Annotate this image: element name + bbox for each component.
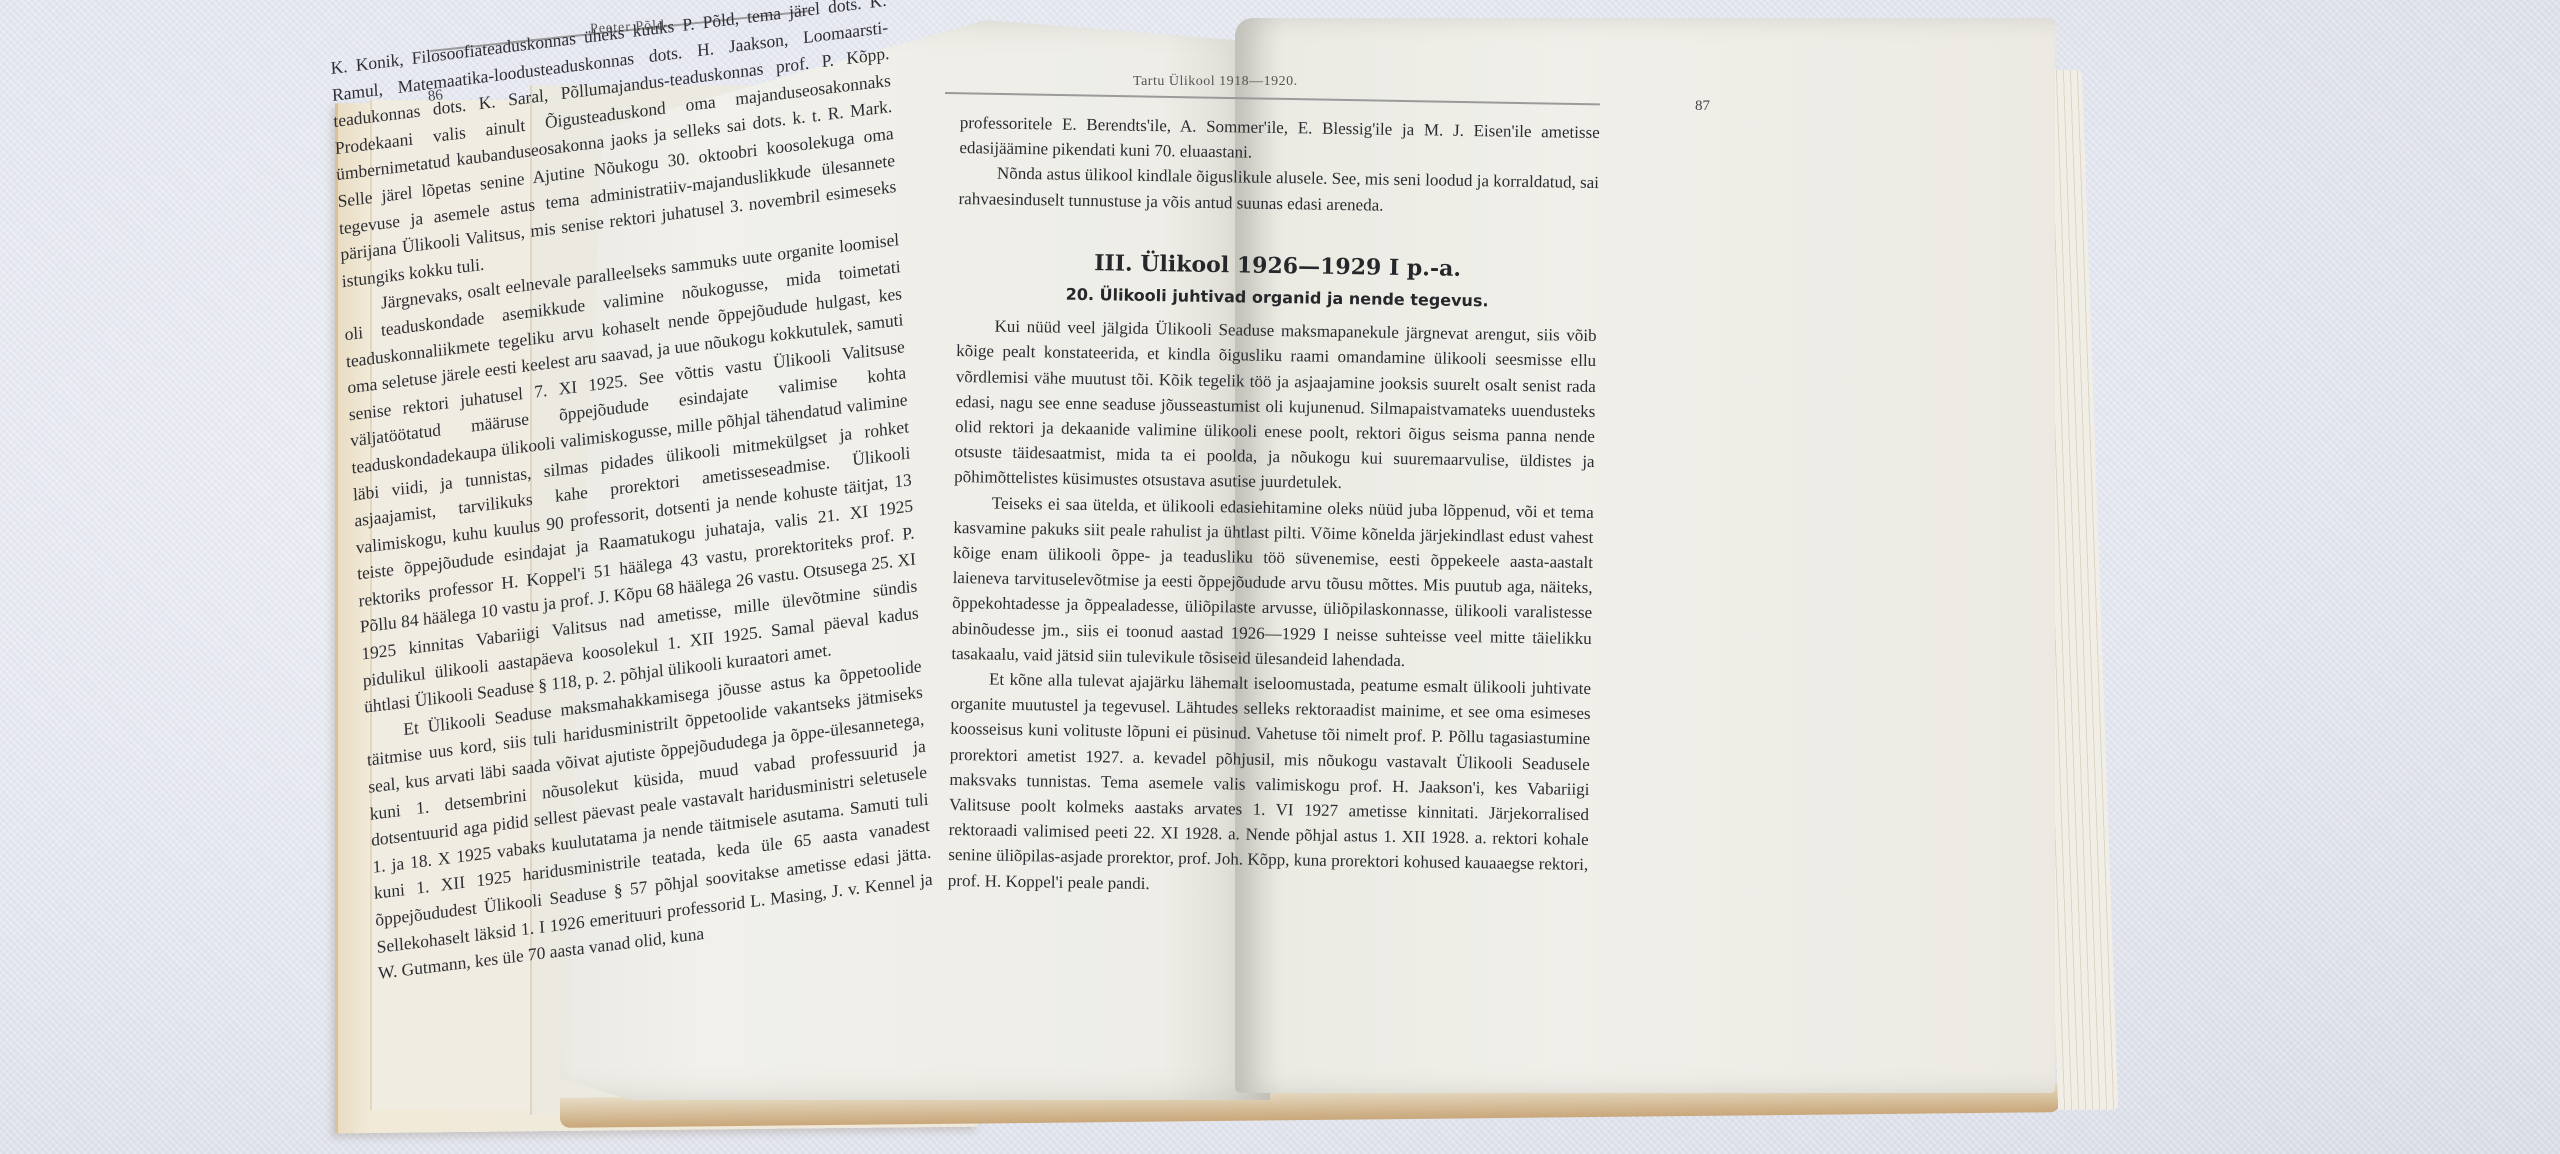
right-paragraph: Et kõne alla tulevat ajajärku lähemalt i… xyxy=(948,666,1591,903)
right-running-head: Tartu Ülikool 1918—1920. xyxy=(1133,74,1298,90)
right-paragraph: Nõnda astus ülikool kindlale õiguslikule… xyxy=(958,160,1599,220)
right-page-body: professoritele E. Berendts'ile, A. Somme… xyxy=(948,110,1600,903)
right-paragraph: Kui nüüd veel jälgida Ülikooli Seaduse m… xyxy=(954,313,1597,499)
section-title: 20. Ülikooli juhtivad organid ja nende t… xyxy=(957,280,1597,315)
left-page-body: K. Konik, Filosoofiateaduskonnas üheks k… xyxy=(330,0,935,987)
right-page-number: 87 xyxy=(1695,98,1710,115)
chapter-title: III. Ülikool 1926—1929 I p.-a. xyxy=(957,249,1597,284)
right-paragraph: Teiseks ei saa ütelda, et ülikooli edasi… xyxy=(951,490,1594,676)
left-paragraph: Järgnevaks, osalt eelnevale paralleelsek… xyxy=(343,226,921,720)
